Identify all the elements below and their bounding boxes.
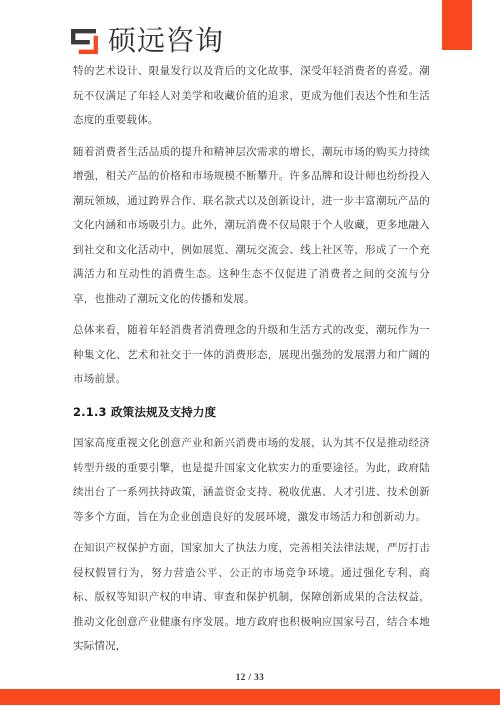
body-paragraph: 总体来看，随着年轻消费者消费理念的升级和生活方式的改变，潮玩作为一种集文化、艺术…: [73, 318, 430, 392]
body-paragraph: 随着消费者生活品质的提升和精神层次需求的增长，潮玩市场的购买力持续增强，相关产品…: [73, 140, 430, 312]
section-heading: 2.1.3 政策法规及支持力度: [73, 400, 430, 425]
bottom-accent-bar: [0, 689, 500, 705]
page-footer: 12 / 33: [0, 665, 500, 684]
brand-logo-text: 硕远咨询: [108, 26, 224, 56]
document-page: 硕远咨询 特的艺术设计、限量发行以及背后的文化故事，深受年轻消费者的喜爱。潮玩不…: [0, 0, 500, 707]
interlocked-brackets-logo-icon: [71, 29, 98, 54]
body-paragraph: 国家高度重视文化创意产业和新兴消费市场的发展，认为其不仅是推动经济转型升级的重要…: [73, 431, 430, 529]
top-right-accent-bar: [442, 0, 472, 50]
page-indicator: 12 / 33: [236, 672, 265, 682]
body-paragraph: 特的艺术设计、限量发行以及背后的文化故事，深受年轻消费者的喜爱。潮玩不仅满足了年…: [73, 59, 430, 133]
body-paragraph: 在知识产权保护方面，国家加大了执法力度，完善相关法律法规，严厉打击侵权假冒行为，…: [73, 536, 430, 659]
brand-header: 硕远咨询: [71, 26, 224, 56]
page-content: 特的艺术设计、限量发行以及背后的文化故事，深受年轻消费者的喜爱。潮玩不仅满足了年…: [73, 59, 430, 666]
